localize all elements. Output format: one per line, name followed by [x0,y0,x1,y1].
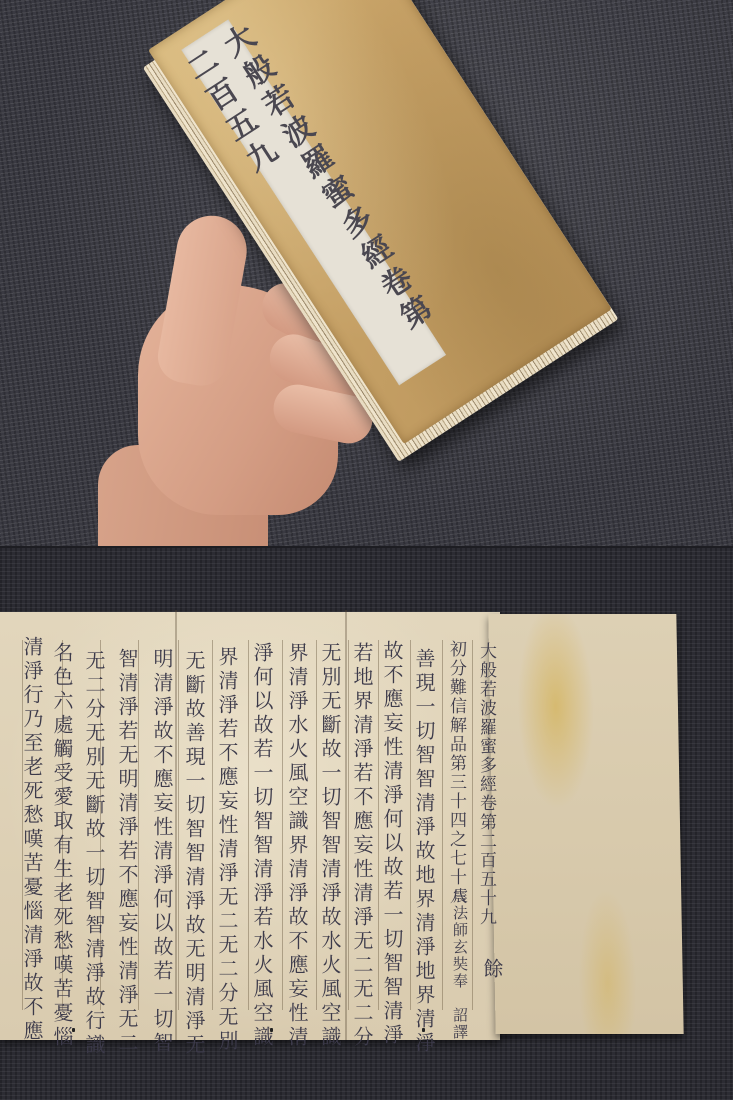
binding-hole [422,1028,425,1032]
text-column: 明清淨故不應妄性清淨何以故若一切智 [150,648,174,1056]
text-column: 故不應妄性清淨何以故若一切智智清淨 [380,640,404,1048]
text-column: 若地界清淨若不應妄性清淨无二无二分 [350,642,374,1050]
ruled-line [410,640,411,1010]
ruled-line [316,640,317,1010]
binding-hole [72,1028,75,1032]
ruled-line [378,640,379,1010]
fold-line [175,610,177,1040]
text-column: 善現一切智智清淨故地界清淨地界清淨 [412,648,436,1056]
ruled-line [248,640,249,1010]
ruled-line [282,640,283,1010]
seal-character: 餘 [480,958,504,982]
cover-back [488,614,683,1034]
text-column: 清淨行乃至老死愁嘆苦憂惱清淨故不應 [20,636,44,1044]
ruled-line [212,640,213,1010]
text-column: 无斷故善現一切智智清淨故无明清淨无 [182,650,206,1058]
text-column: 无別无斷故一切智智清淨故水火風空識 [318,642,342,1050]
text-column: 淨何以故若一切智智清淨若水火風空識 [250,642,274,1050]
text-column: 界清淨水火風空識界清淨故不應妄性清 [285,642,309,1050]
sutra-title-column: 大般若波羅蜜多經卷第二百五十九 [474,642,498,927]
top-photo: 大般若波羅蜜多經卷第二百五九 [0,0,733,548]
ruled-line [348,640,349,1010]
ruled-line [442,640,443,1010]
text-column: 智清淨若无明清淨若不應妄性清淨无二 [115,648,139,1056]
binding-hole [270,1028,273,1032]
text-column: 无二分无別无斷故一切智智清淨故行識 [82,650,106,1058]
text-column: 界清淨若不應妄性清淨无二无二分无別 [215,646,239,1054]
fold-line [345,610,347,1040]
chapter-title-column: 初分難信解品第三十四之七十八 [444,640,468,906]
ruled-line [472,640,473,1010]
ruled-line [178,640,179,1010]
text-column: 名色六處觸受愛取有生老死愁嘆苦憂惱 [50,642,74,1050]
translator-column: 震法師玄奘奉 詔譯 [448,888,472,1041]
